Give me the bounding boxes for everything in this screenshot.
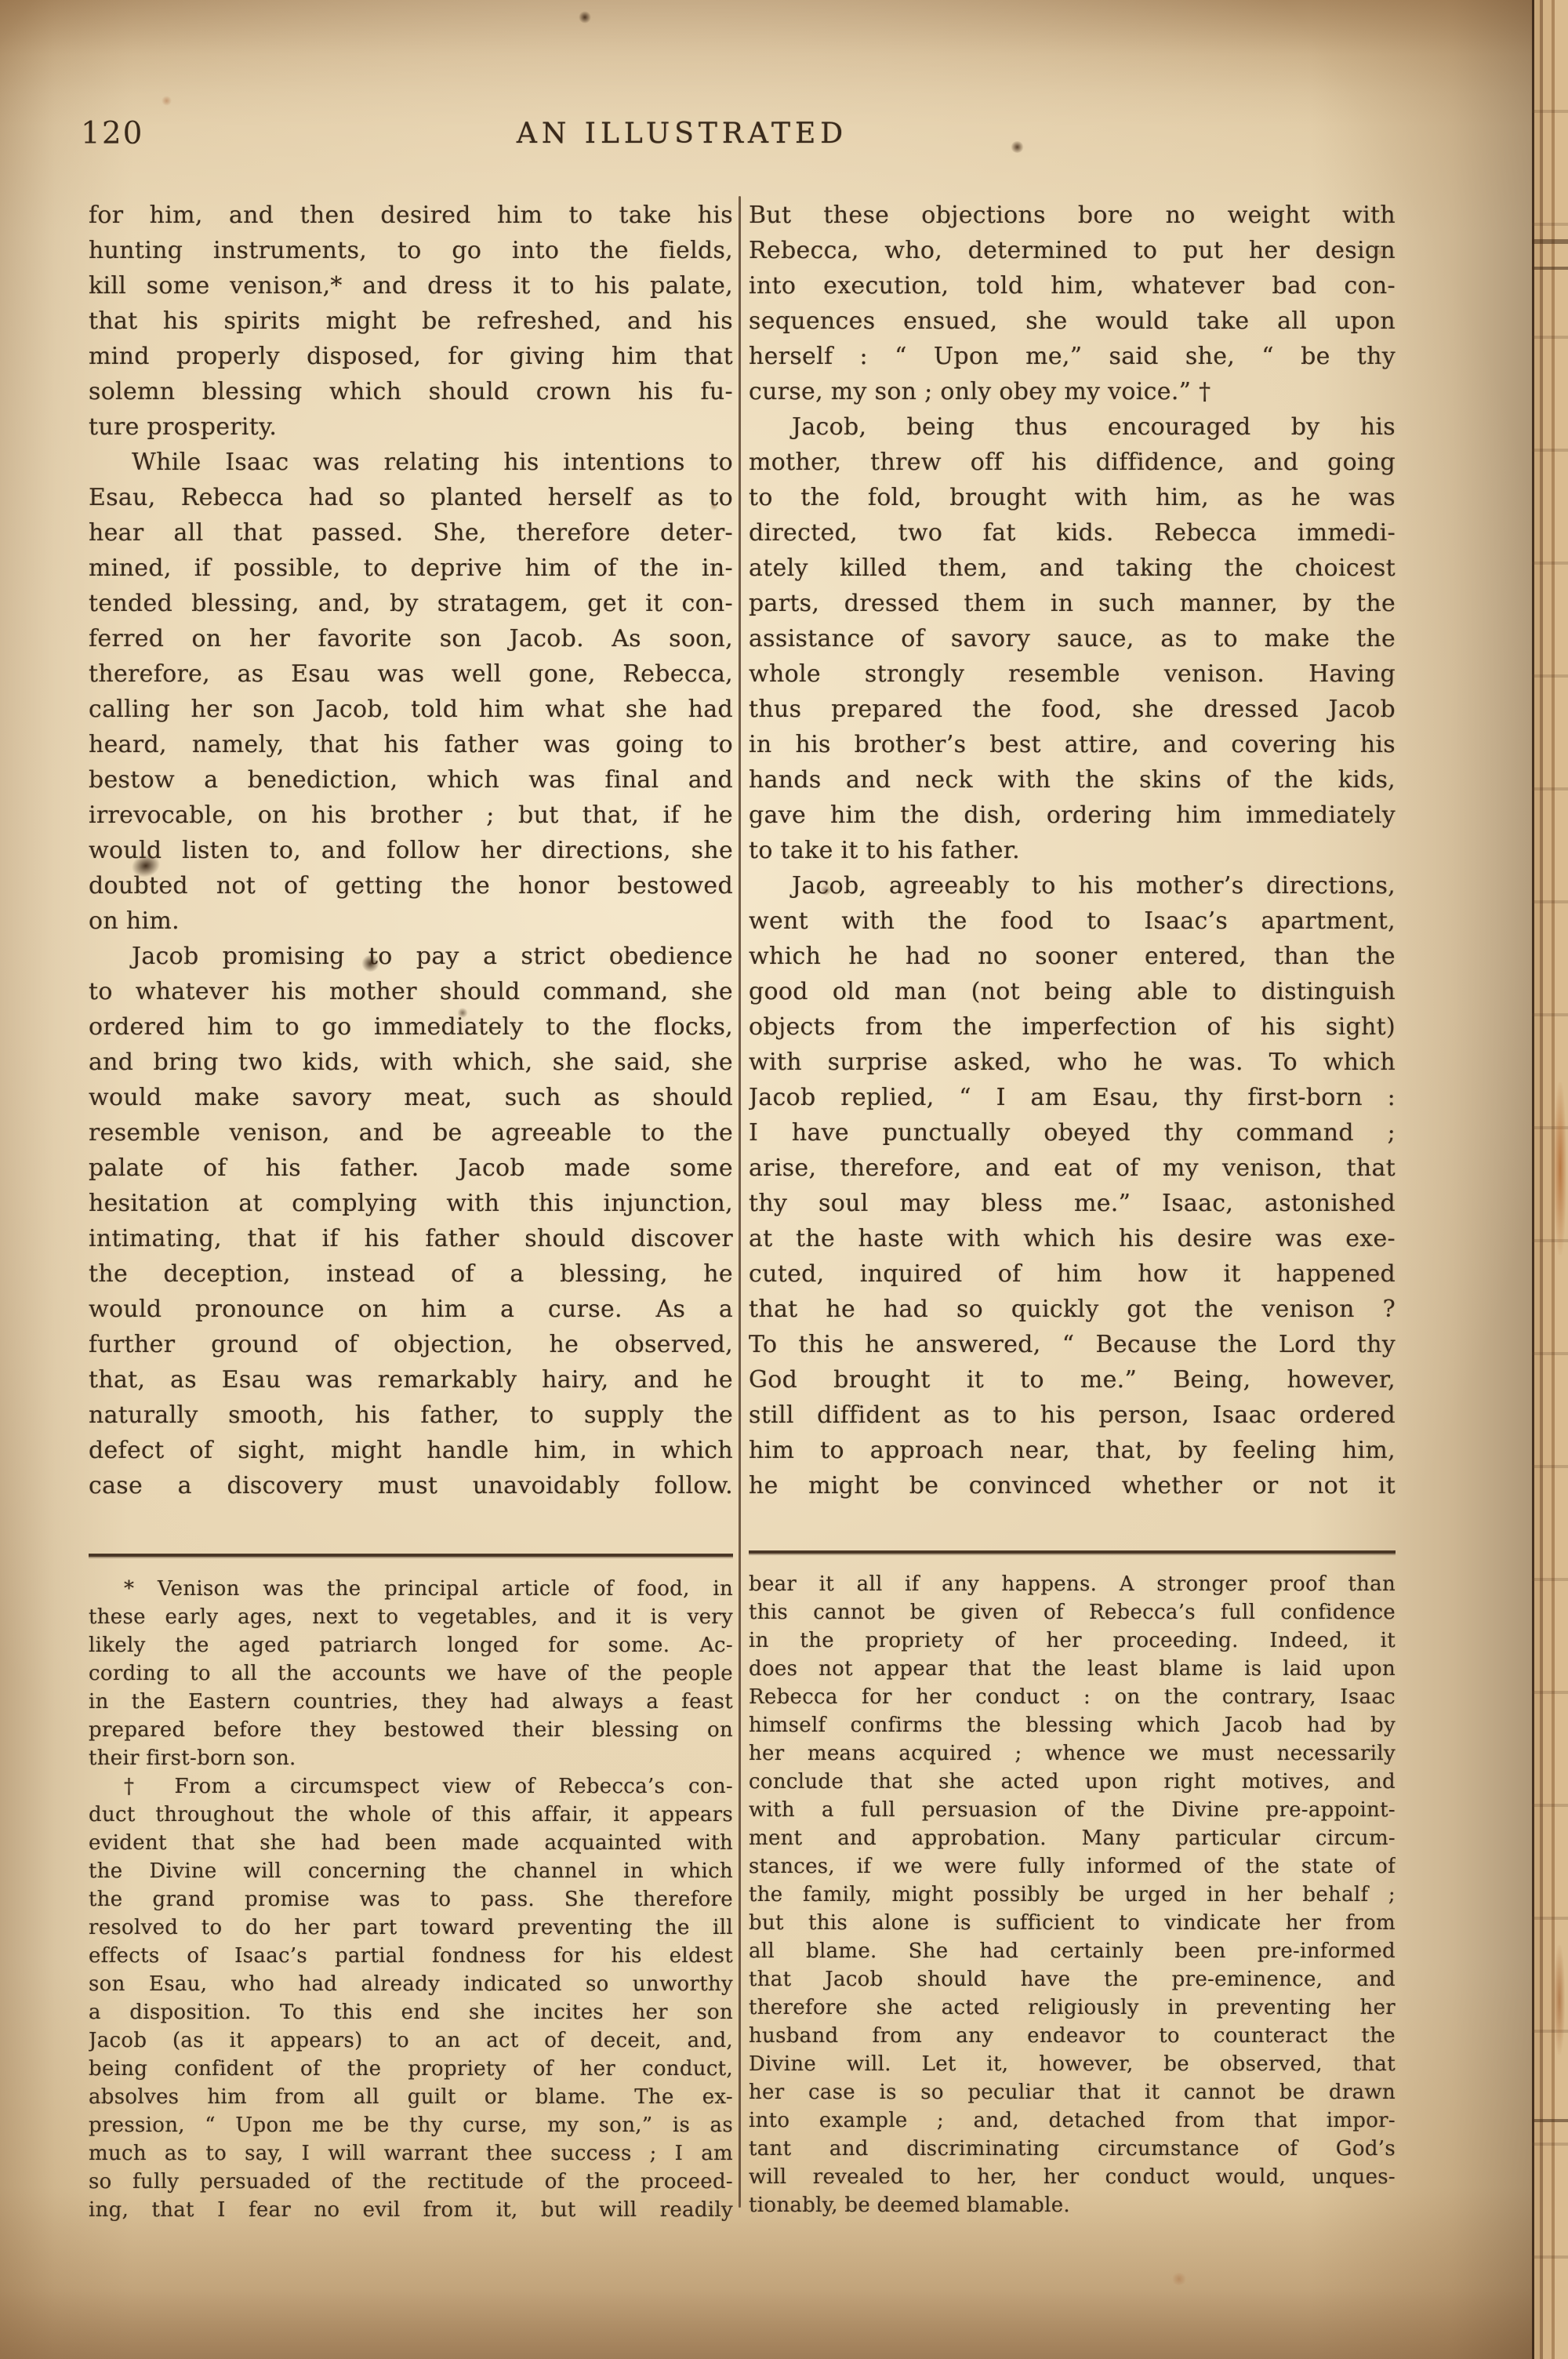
page-header: 120 AN ILLUSTRATED bbox=[0, 116, 1568, 155]
text-line: While Isaac was relating his intentions … bbox=[89, 445, 733, 480]
text-line: directed, two fat kids. Rebecca immedi- bbox=[749, 515, 1396, 551]
text-line: ing, that I fear no evil from it, but wi… bbox=[89, 2196, 733, 2224]
text-line: ately killed them, and taking the choice… bbox=[749, 551, 1396, 586]
text-line: which he had no sooner entered, than the bbox=[749, 939, 1396, 974]
text-line: prepared before they bestowed their bles… bbox=[89, 1716, 733, 1744]
text-line: to take it to his father. bbox=[749, 833, 1396, 868]
text-line: But these objections bore no weight with bbox=[749, 198, 1396, 233]
text-line: resolved to do her part toward preventin… bbox=[89, 1914, 733, 1942]
page-edge-crease bbox=[1532, 239, 1568, 244]
text-line: being confident of the propriety of her … bbox=[89, 2055, 733, 2083]
text-line: her case is so peculiar that it cannot b… bbox=[749, 2078, 1396, 2106]
text-line: Jacob replied, “ I am Esau, thy first-bo… bbox=[749, 1080, 1396, 1115]
text-line: at the haste with which his desire was e… bbox=[749, 1221, 1396, 1256]
text-line: in the Eastern countries, they had alway… bbox=[89, 1688, 733, 1716]
text-line: assistance of savory sauce, as to make t… bbox=[749, 621, 1396, 656]
text-line: he might be convinced whether or not it bbox=[749, 1468, 1396, 1503]
text-line: ordered him to go immediately to the flo… bbox=[89, 1009, 733, 1045]
text-line: cording to all the accounts we have of t… bbox=[89, 1659, 733, 1688]
text-line: calling her son Jacob, told him what she… bbox=[89, 692, 733, 727]
text-line: herself : “ Upon me,” said she, “ be thy bbox=[749, 339, 1396, 374]
text-line: gave him the dish, ordering him immediat… bbox=[749, 798, 1396, 833]
text-line: still diffident as to his person, Isaac … bbox=[749, 1398, 1396, 1433]
text-line: in the propriety of her proceeding. Inde… bbox=[749, 1627, 1396, 1655]
text-line: God brought it to me.” Being, however, bbox=[749, 1362, 1396, 1398]
text-line: her means acquired ; whence we must nece… bbox=[749, 1739, 1396, 1768]
text-line: Divine will. Let it, however, be observe… bbox=[749, 2050, 1396, 2078]
text-line: † From a circumspect view of Rebecca’s c… bbox=[89, 1772, 733, 1801]
text-line: good old man (not being able to distingu… bbox=[749, 974, 1396, 1009]
text-line: therefore she acted religiously in preve… bbox=[749, 1994, 1396, 2022]
text-line: mother, threw off his diffidence, and go… bbox=[749, 445, 1396, 480]
ink-blemish bbox=[820, 885, 832, 896]
page-edge-crease bbox=[1532, 2119, 1568, 2122]
text-line: Jacob, being thus encouraged by his bbox=[749, 409, 1396, 445]
text-line: would pronounce on him a curse. As a bbox=[89, 1292, 733, 1327]
text-line: their first-born son. bbox=[89, 1744, 733, 1772]
text-line: Jacob (as it appears) to an act of decei… bbox=[89, 2026, 733, 2055]
text-line: would listen to, and follow her directio… bbox=[89, 833, 733, 868]
text-line: these early ages, next to vegetables, an… bbox=[89, 1603, 733, 1631]
text-line: evident that she had been made acquainte… bbox=[89, 1829, 733, 1857]
text-line: Jacob, agreeably to his mother’s directi… bbox=[749, 868, 1396, 903]
text-line: thus prepared the food, she dressed Jaco… bbox=[749, 692, 1396, 727]
text-line: tionably, be deemed blamable. bbox=[749, 2191, 1396, 2219]
text-line: arise, therefore, and eat of my venison,… bbox=[749, 1150, 1396, 1186]
text-line: to the fold, brought with him, as he was bbox=[749, 480, 1396, 515]
paper-stain bbox=[1171, 2273, 1187, 2285]
text-line: ture prosperity. bbox=[89, 409, 733, 445]
text-line: the family, might possibly be urged in h… bbox=[749, 1881, 1396, 1909]
text-line: a disposition. To this end she incites h… bbox=[89, 1998, 733, 2026]
ink-blemish bbox=[457, 1008, 468, 1018]
text-line: thy soul may bless me.” Isaac, astonishe… bbox=[749, 1186, 1396, 1221]
text-line: Jacob promising to pay a strict obedienc… bbox=[89, 939, 733, 974]
text-line: on him. bbox=[89, 903, 733, 939]
rust-stain bbox=[1554, 1082, 1566, 1255]
text-line: sequences ensued, she would take all upo… bbox=[749, 304, 1396, 339]
main-text-right-column: But these objections bore no weight with… bbox=[749, 198, 1396, 1523]
text-line: hear all that passed. She, therefore det… bbox=[89, 515, 733, 551]
text-line: mind properly disposed, for giving him t… bbox=[89, 339, 733, 374]
text-line: duct throughout the whole of this affair… bbox=[89, 1801, 733, 1829]
text-line: much as to say, I will warrant thee succ… bbox=[89, 2139, 733, 2168]
text-line: son Esau, who had already indicated so u… bbox=[89, 1970, 733, 1998]
ink-blemish bbox=[579, 11, 591, 24]
text-line: Rebecca for her conduct : on the contrar… bbox=[749, 1683, 1396, 1711]
text-line: so fully persuaded of the rectitude of t… bbox=[89, 2168, 733, 2196]
text-line: bear it all if any happens. A stronger p… bbox=[749, 1570, 1396, 1598]
footnote-separator-rule-left bbox=[89, 1554, 733, 1557]
text-line: will revealed to her, her conduct would,… bbox=[749, 2163, 1396, 2191]
paper-stain bbox=[162, 96, 172, 106]
text-line: mined, if possible, to deprive him of th… bbox=[89, 551, 733, 586]
running-title: AN ILLUSTRATED bbox=[517, 118, 848, 150]
text-line: does not appear that the least blame is … bbox=[749, 1655, 1396, 1683]
text-line: husband from any endeavor to counteract … bbox=[749, 2022, 1396, 2050]
text-line: that Jacob should have the pre-eminence,… bbox=[749, 1965, 1396, 1994]
text-line: that he had so quickly got the venison ? bbox=[749, 1292, 1396, 1327]
text-line: Esau, Rebecca had so planted herself as … bbox=[89, 480, 733, 515]
text-line: tended blessing, and, by stratagem, get … bbox=[89, 586, 733, 621]
text-line: the deception, instead of a blessing, he bbox=[89, 1256, 733, 1292]
text-line: likely the aged patriarch longed for som… bbox=[89, 1631, 733, 1659]
paper-stain bbox=[710, 502, 718, 511]
text-line: hands and neck with the skins of the kid… bbox=[749, 762, 1396, 798]
text-line: resemble venison, and be agreeable to th… bbox=[89, 1115, 733, 1150]
text-line: into execution, told him, whatever bad c… bbox=[749, 268, 1396, 304]
text-line: for him, and then desired him to take hi… bbox=[89, 198, 733, 233]
text-line: doubted not of getting the honor bestowe… bbox=[89, 868, 733, 903]
text-line: all blame. She had certainly been pre-in… bbox=[749, 1937, 1396, 1965]
text-line: cuted, inquired of him how it happened bbox=[749, 1256, 1396, 1292]
text-line: would make savory meat, such as should bbox=[89, 1080, 733, 1115]
text-line: with surprise asked, who he was. To whic… bbox=[749, 1045, 1396, 1080]
text-line: stances, if we were fully informed of th… bbox=[749, 1852, 1396, 1881]
text-line: ferred on her favorite son Jacob. As soo… bbox=[89, 621, 733, 656]
text-line: intimating, that if his father should di… bbox=[89, 1221, 733, 1256]
column-divider-rule bbox=[739, 196, 741, 2208]
text-line: whole strongly resemble venison. Having bbox=[749, 656, 1396, 692]
text-line: pression, “ Upon me be thy curse, my son… bbox=[89, 2111, 733, 2139]
text-line: this cannot be given of Rebecca’s full c… bbox=[749, 1598, 1396, 1627]
text-line: To this he answered, “ Because the Lord … bbox=[749, 1327, 1396, 1362]
ink-blemish bbox=[1011, 141, 1024, 153]
text-line: bestow a benediction, which was final an… bbox=[89, 762, 733, 798]
text-line: into example ; and, detached from that i… bbox=[749, 2106, 1396, 2135]
footnote-separator-rule-right bbox=[749, 1550, 1396, 1554]
text-line: case a discovery must unavoidably follow… bbox=[89, 1468, 733, 1503]
main-text-left-column: for him, and then desired him to take hi… bbox=[89, 198, 733, 1523]
text-line: that, as Esau was remarkably hairy, and … bbox=[89, 1362, 733, 1398]
text-line: * Venison was the principal article of f… bbox=[89, 1575, 733, 1603]
text-line: naturally smooth, his father, to supply … bbox=[89, 1398, 733, 1433]
text-line: in his brother’s best attire, and coveri… bbox=[749, 727, 1396, 762]
book-page: 120 AN ILLUSTRATED for him, and then des… bbox=[0, 0, 1568, 2359]
text-line: that his spirits might be refreshed, and… bbox=[89, 304, 733, 339]
text-line: the Divine will concerning the channel i… bbox=[89, 1857, 733, 1885]
text-line: himself confirms the blessing which Jaco… bbox=[749, 1711, 1396, 1739]
text-line: curse, my son ; only obey my voice.” † bbox=[749, 374, 1396, 409]
text-line: with a full persuasion of the Divine pre… bbox=[749, 1796, 1396, 1824]
text-line: objects from the imperfection of his sig… bbox=[749, 1009, 1396, 1045]
text-line: palate of his father. Jacob made some bbox=[89, 1150, 733, 1186]
text-line: hunting instruments, to go into the fiel… bbox=[89, 233, 733, 268]
text-line: absolves him from all guilt or blame. Th… bbox=[89, 2083, 733, 2111]
text-line: him to approach near, that, by feeling h… bbox=[749, 1433, 1396, 1468]
text-line: conclude that she acted upon right motiv… bbox=[749, 1768, 1396, 1796]
page-number: 120 bbox=[81, 116, 143, 151]
text-line: but this alone is sufficient to vindicat… bbox=[749, 1909, 1396, 1937]
text-line: further ground of objection, he observed… bbox=[89, 1327, 733, 1362]
footnote-left-column: * Venison was the principal article of f… bbox=[89, 1575, 733, 2249]
text-line: Rebecca, who, determined to put her desi… bbox=[749, 233, 1396, 268]
text-line: irrevocable, on his brother ; but that, … bbox=[89, 798, 733, 833]
text-line: went with the food to Isaac’s apartment, bbox=[749, 903, 1396, 939]
text-line: to whatever his mother should command, s… bbox=[89, 974, 733, 1009]
text-line: parts, dressed them in such manner, by t… bbox=[749, 586, 1396, 621]
footnote-right-column: bear it all if any happens. A stronger p… bbox=[749, 1570, 1396, 2245]
text-line: hesitation at complying with this injunc… bbox=[89, 1186, 733, 1221]
ink-blemish bbox=[361, 955, 379, 972]
text-line: ment and approbation. Many particular ci… bbox=[749, 1824, 1396, 1852]
text-line: kill some venison,* and dress it to his … bbox=[89, 268, 733, 304]
rust-stain bbox=[1554, 1945, 1565, 2055]
text-line: I have punctually obeyed thy command ; bbox=[749, 1115, 1396, 1150]
text-line: heard, namely, that his father was going… bbox=[89, 727, 733, 762]
text-line: the grand promise was to pass. She there… bbox=[89, 1885, 733, 1914]
text-line: solemn blessing which should crown his f… bbox=[89, 374, 733, 409]
text-line: and bring two kids, with which, she said… bbox=[89, 1045, 733, 1080]
paper-stain bbox=[1375, 248, 1385, 257]
text-line: defect of sight, might handle him, in wh… bbox=[89, 1433, 733, 1468]
text-line: effects of Isaac’s partial fondness for … bbox=[89, 1942, 733, 1970]
page-edge-crease bbox=[1532, 267, 1568, 270]
text-line: tant and discriminating circumstance of … bbox=[749, 2135, 1396, 2163]
text-line: therefore, as Esau was well gone, Rebecc… bbox=[89, 656, 733, 692]
